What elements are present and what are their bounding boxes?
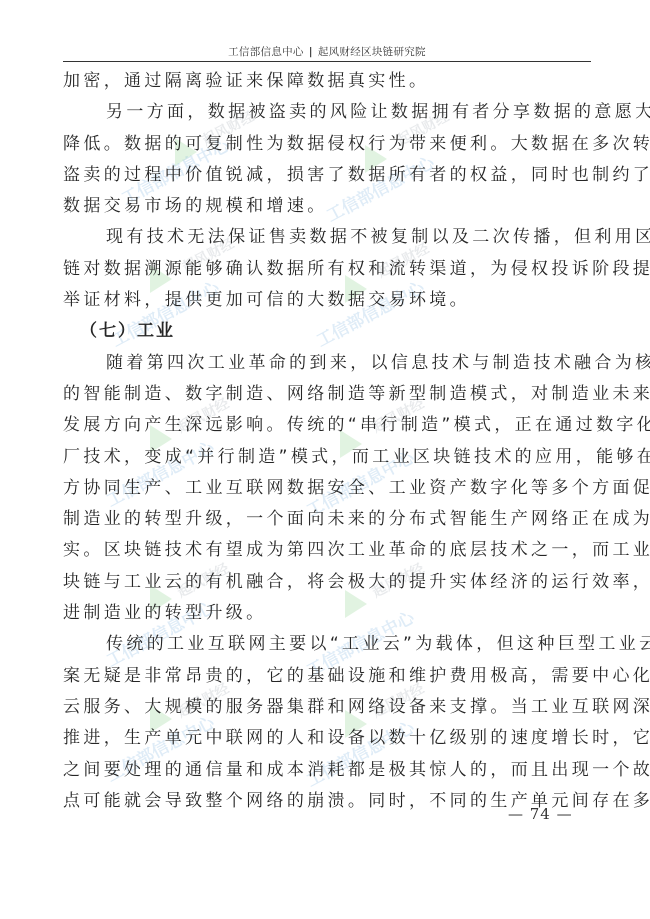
text-line: 云服务、大规模的服务器集群和网络设备来支撑。当工业互联网深度 bbox=[63, 692, 591, 723]
text-line: 加密，通过隔离验证来保障数据真实性。 bbox=[63, 66, 591, 97]
body-text: 加密，通过隔离验证来保障数据真实性。 另一方面，数据被盗卖的风险让数据拥有者分享… bbox=[63, 66, 591, 817]
text-line: 厂技术，变成“并行制造”模式，而工业区块链技术的应用，能够在多 bbox=[63, 442, 591, 473]
document-page: 工信部信息中心|起风财经区块链研究院 起风财经 工信部信息中心 起风财经 工信部… bbox=[0, 0, 650, 919]
text-line: 降低。数据的可复制性为数据侵权行为带来便利。大数据在多次转卖、 bbox=[63, 129, 591, 160]
text-line: 另一方面，数据被盗卖的风险让数据拥有者分享数据的意愿大幅 bbox=[63, 97, 591, 128]
text-line: 实。区块链技术有望成为第四次工业革命的底层技术之一，而工业区 bbox=[63, 535, 591, 566]
text-line: 之间要处理的通信量和成本消耗都是极其惊人的，而且出现一个故障 bbox=[63, 755, 591, 786]
text-line: 推进，生产单元中联网的人和设备以数十亿级别的速度增长时，它们 bbox=[63, 723, 591, 754]
text-line: 制造业的转型升级，一个面向未来的分布式智能生产网络正在成为现 bbox=[63, 504, 591, 535]
text-line: 的智能制造、数字制造、网络制造等新型制造模式，对制造业未来的 bbox=[63, 379, 591, 410]
text-line: 盗卖的过程中价值锐减，损害了数据所有者的权益，同时也制约了大 bbox=[63, 160, 591, 191]
text-line: 现有技术无法保证售卖数据不被复制以及二次传播，但利用区块 bbox=[63, 222, 591, 253]
text-line: 传统的工业互联网主要以“工业云”为载体，但这种巨型工业云方 bbox=[63, 629, 591, 660]
text-line: 举证材料，提供更加可信的大数据交易环境。 bbox=[63, 285, 591, 316]
text-line: 发展方向产生深远影响。传统的“串行制造”模式，正在通过数字化工 bbox=[63, 410, 591, 441]
text-line: 链对数据溯源能够确认数据所有权和流转渠道，为侵权投诉阶段提供 bbox=[63, 254, 591, 285]
text-line: 进制造业的转型升级。 bbox=[63, 598, 591, 629]
header-rule bbox=[63, 61, 591, 62]
text-line: 案无疑是非常昂贵的，它的基础设施和维护费用极高，需要中心化的 bbox=[63, 661, 591, 692]
running-header: 工信部信息中心|起风财经区块链研究院 bbox=[63, 44, 591, 59]
header-left-org: 工信部信息中心 bbox=[228, 46, 304, 58]
text-line: 数据交易市场的规模和增速。 bbox=[63, 191, 591, 222]
text-line: 块链与工业云的有机融合，将会极大的提升实体经济的运行效率，促 bbox=[63, 567, 591, 598]
text-line: 方协同生产、工业互联网数据安全、工业资产数字化等多个方面促进 bbox=[63, 473, 591, 504]
header-separator: | bbox=[309, 46, 313, 58]
page-number: — 74 — bbox=[508, 805, 573, 823]
text-line: 随着第四次工业革命的到来，以信息技术与制造技术融合为核心 bbox=[63, 348, 591, 379]
header-right-org: 起风财经区块链研究院 bbox=[318, 46, 426, 58]
section-heading: （七）工业 bbox=[63, 316, 591, 347]
